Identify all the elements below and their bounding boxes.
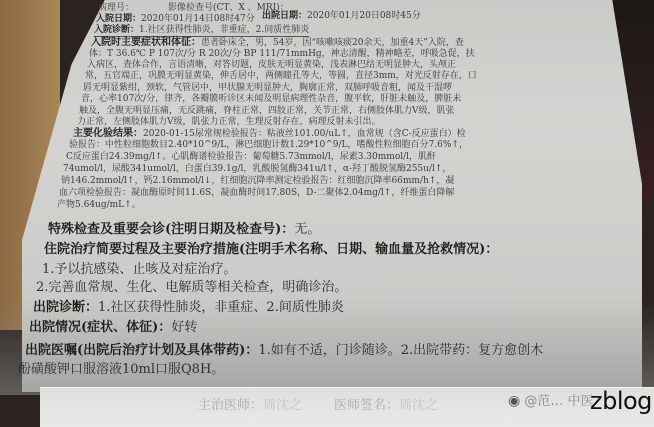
discharge-orders-label: 出院医嘱(出院后治疗计划及具体带药)：: [25, 343, 258, 358]
special-exam-label: 特殊检查及重要会诊(注明日期及检查号)：: [48, 222, 294, 237]
labs-label: 主要化验结果：: [73, 128, 143, 139]
symptoms-label: 入院时主要症状和体征：: [91, 37, 201, 48]
symptoms-line: 体：T 36.6℃ P 107次/分 R 20次/分 BP 111/71mmHg…: [89, 49, 475, 60]
treatment-item: 2.完善血常规、生化、电解质等相关检查，明确诊治。: [36, 280, 347, 296]
weibo-watermark: ◉ @范… 中医: [508, 396, 594, 407]
weibo-icon: ◉: [508, 393, 520, 409]
attending-label: 主治医师：: [198, 398, 263, 413]
sign-name: 周沈之: [399, 398, 438, 413]
sign-label: 医师签名：: [334, 398, 399, 413]
discharge-orders-value-cont: 酚磺酸钾口服溶液10ml口服Q8H。: [18, 362, 224, 378]
labs-line: 血六项检验报告：凝血酶原时间11.6S，凝血酶时间17.80S，D-二聚体2.0…: [59, 188, 454, 199]
discharge-status-value: 好转: [171, 320, 197, 335]
admit-date: 2020年01月14日08时47分: [141, 14, 255, 24]
discharge-record: 病理号： 影像检查号(CT、X 、MRI)： 入院日期：2020年01月14日0…: [0, 0, 654, 427]
discharge-diagnosis-value: 1.社区获得性肺炎，非重症、2.间质性肺炎: [98, 300, 344, 315]
symptoms-line: 力正常，左侧肢体肌力V级，肌张力正常，生理反射存在，病理反射未引出。: [77, 117, 381, 128]
site-watermark: zblog: [590, 396, 652, 407]
case-no-label: 病理号：: [98, 3, 134, 14]
admit-diagnosis: 1.社区获得性肺炎，非重症，2.间质性肺炎: [139, 25, 309, 35]
labs-line: 验报告：中性粒细胞数目2.40*10^9/L，淋巴细胞计数1.29*10^9/L…: [69, 140, 468, 151]
special-exam-value: 无。: [294, 222, 320, 237]
treatment-item: 1.予以抗感染、止咳及对症治疗。: [42, 262, 236, 278]
labs-line: 2020-01-15尿常规检验报告：粘液丝101.00/uL↑，血常规（含C-反…: [143, 129, 466, 139]
labs-line: 钠146.2mmol/l↑，钙2.16mmol/l↓，红细胞沉降率测定检验报告：…: [61, 176, 454, 187]
discharge-diagnosis-label: 出院诊断：: [33, 300, 98, 315]
discharge-date-label: 出院日期：: [262, 11, 307, 21]
labs-line: 产物5.64ug/mL↑。: [57, 200, 141, 211]
admit-diagnosis-label: 入院诊断：: [94, 25, 139, 35]
attending-name: 周沈之: [263, 398, 302, 413]
labs-line: 74umol/l，尿酸341umol/l，白蛋白39.1g/l，乳酸脱氢酶341…: [63, 164, 451, 175]
symptoms-line: 音，心率107次/分，律齐，各瓣膜听诊区未闻及明显病理性杂音，腹平软，肝脏未触及…: [81, 94, 461, 105]
treatment-label: 住院治疗简要过程及主要治疗措施(注明手术名称、日期、输血量及抢救情况)：: [44, 242, 498, 257]
weibo-handle: @范… 中医: [524, 394, 593, 409]
symptoms-line: 患者卧床全，男，54岁，因“咳嗽咳痰20余天，加重4天”入院，查: [201, 38, 464, 48]
symptoms-line: 入病区，查体合作，言语清晰，对答切题，皮肤无明显黄染，浅表淋巴结无明显肿大，头颅…: [87, 60, 456, 71]
symptoms-line: 触及，全腹无明显压痛，无反跳痛，脊柱正常，四肢正常，关节正常，右侧肢体肌力V级，…: [79, 106, 455, 117]
labs-line: C反应蛋白24.39mg/l↑。心肌酶谱检验报告：葡萄糖5.73mmol/l，尿…: [66, 152, 436, 163]
symptoms-line: 常，五官端正，巩膜无明显黄染，伸舌居中，两侧瞳孔等大，等圆，直径3mm，对光反射…: [85, 71, 477, 82]
discharge-date: 2020年01月20日08时45分: [307, 11, 421, 21]
admit-date-label: 入院日期：: [96, 14, 141, 24]
discharge-orders-value: 1.如有不适，门诊随诊。2.出院带药：复方愈创木: [258, 343, 543, 358]
symptoms-line: 唇无明显紫绀，颈软，气管居中，甲状腺无明显肿大，胸廓正常，双肺呼吸音粗，闻及干湿…: [83, 83, 452, 94]
discharge-status-label: 出院情况(症状、体征)：: [29, 320, 171, 335]
